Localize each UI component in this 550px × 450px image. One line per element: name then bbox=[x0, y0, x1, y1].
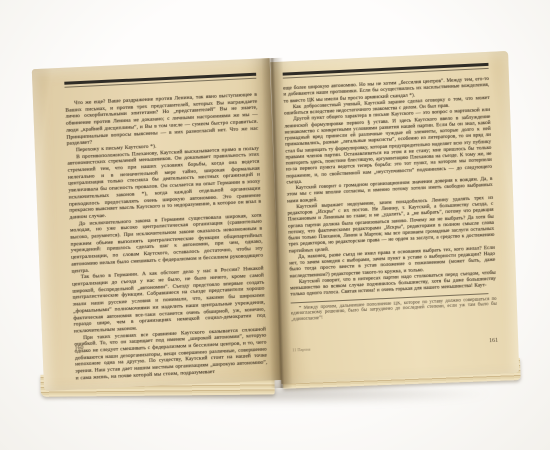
paragraph: При таких условиях все сравнение Каутско… bbox=[74, 326, 268, 382]
right-page: еще более широкую автономию. Но мы не хо… bbox=[270, 51, 519, 384]
right-page-text: еще более широкую автономию. Но мы не хо… bbox=[283, 76, 496, 298]
right-page-footer: 11 Партия 161 bbox=[292, 338, 498, 354]
right-page-number: 161 bbox=[489, 338, 498, 344]
left-page-top-rule bbox=[64, 73, 256, 88]
left-page: Что же еще? Ваше раздражение против Лени… bbox=[32, 58, 282, 391]
paragraph: Другой пункт общего характера в письме К… bbox=[284, 107, 492, 185]
photo-background: Что же еще? Ваше раздражение против Лени… bbox=[0, 0, 550, 450]
left-page-number: 160 bbox=[74, 345, 83, 351]
right-page-top-rule bbox=[283, 63, 489, 79]
paragraph: Так было в Германии. А как обстоит дело … bbox=[72, 266, 266, 335]
open-book: Что же еще? Ваше раздражение против Лени… bbox=[31, 45, 523, 411]
left-page-text: Что же еще? Ваше раздражение против Лени… bbox=[65, 92, 268, 382]
paragraph: В противоположность Плеханову, Каутский … bbox=[67, 145, 261, 221]
paragraph: До исключительного закона в Германии сущ… bbox=[70, 212, 264, 275]
print-signature: 11 Партия bbox=[292, 347, 310, 353]
